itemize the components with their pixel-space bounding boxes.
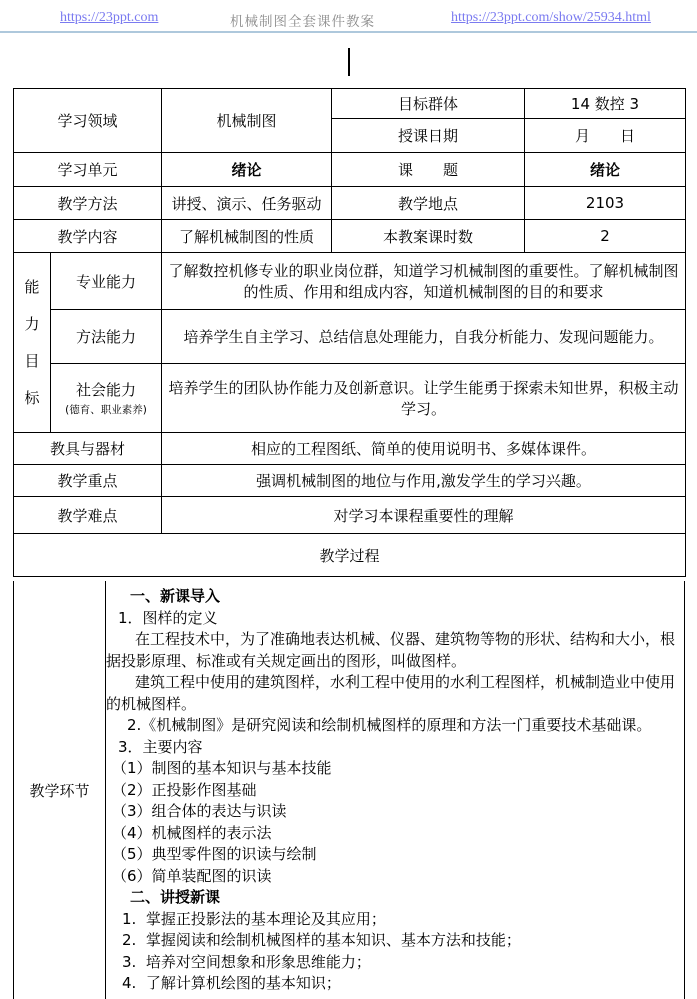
field-teaching-date-label: 授课日期 [332, 119, 525, 153]
ability-row-sublabel: (德育、职业素养) [55, 402, 157, 417]
steps-text-line: 1．图样的定义 [106, 608, 684, 630]
field-tools-label: 教具与器材 [14, 433, 162, 465]
field-difficulty-value: 对学习本课程重要性的理解 [162, 497, 686, 534]
lesson-plan-table: 学习领域 机械制图 目标群体 14 数控 3 授课日期 月 日 学习单元 绪论 … [13, 88, 686, 577]
teaching-steps-row: 教学环节 一、新课导入1．图样的定义在工程技术中，为了准确地表达机械、仪器、建筑… [13, 581, 685, 999]
steps-text-line: 3. 培养对空间想象和形象思维能力； [106, 952, 684, 974]
document-title: 机械制图全套课件教案 [230, 10, 375, 30]
ability-row-label: 专业能力 [51, 253, 162, 310]
steps-text-line: （2）正投影作图基础 [106, 780, 684, 802]
text-cursor [348, 48, 350, 76]
field-teaching-date-value: 月 日 [525, 119, 686, 153]
field-lesson-hours-value: 2 [525, 220, 686, 253]
field-teaching-content-label: 教学内容 [14, 220, 162, 253]
field-learning-domain-label: 学习领域 [14, 89, 162, 153]
steps-text-line: （3）组合体的表达与识读 [106, 801, 684, 823]
ability-row-text: 培养学生自主学习、总结信息处理能力，自我分析能力、发现问题能力。 [162, 310, 686, 364]
ability-row-label: 方法能力 [51, 310, 162, 364]
field-teaching-method-value: 讲授、演示、任务驱动 [162, 187, 332, 220]
steps-text-line: 2. 掌握阅读和绘制机械图样的基本知识、基本方法和技能； [106, 930, 684, 952]
page-header: https://23ppt.com 机械制图全套课件教案 https://23p… [0, 0, 697, 34]
field-focus-value: 强调机械制图的地位与作用,激发学生的学习兴趣。 [162, 465, 686, 497]
ability-row-label: 社会能力(德育、职业素养) [51, 364, 162, 433]
field-target-group-label: 目标群体 [332, 89, 525, 119]
steps-text-line: 1. 掌握正投影法的基本理论及其应用； [106, 909, 684, 931]
teaching-steps-content: 一、新课导入1．图样的定义在工程技术中，为了准确地表达机械、仪器、建筑物等物的形… [106, 581, 684, 999]
steps-text-line: 二、讲授新课 [106, 887, 684, 909]
field-learning-domain-value: 机械制图 [162, 89, 332, 153]
site-link[interactable]: https://23ppt.com [60, 10, 158, 26]
field-teaching-content-value: 了解机械制图的性质 [162, 220, 332, 253]
field-tools-value: 相应的工程图纸、简单的使用说明书、多媒体课件。 [162, 433, 686, 465]
steps-text-line: 在工程技术中，为了准确地表达机械、仪器、建筑物等物的形状、结构和大小，根据投影原… [106, 629, 684, 672]
steps-text-line: 3．主要内容 [106, 737, 684, 759]
field-lesson-hours-label: 本教案课时数 [332, 220, 525, 253]
header-divider [0, 31, 697, 33]
teaching-process-header: 教学过程 [14, 534, 686, 577]
ability-row-text: 了解数控机修专业的职业岗位群，知道学习机械制图的重要性。了解机械制图的性质、作用… [162, 253, 686, 310]
field-topic-label: 课 题 [332, 153, 525, 187]
teaching-steps-label: 教学环节 [14, 581, 106, 999]
steps-text-line: 建筑工程中使用的建筑图样，水利工程中使用的水利工程图样，机械制造业中使用的机械图… [106, 672, 684, 715]
field-difficulty-label: 教学难点 [14, 497, 162, 534]
field-focus-label: 教学重点 [14, 465, 162, 497]
field-learning-unit-value: 绪论 [162, 153, 332, 187]
field-target-group-value: 14 数控 3 [525, 89, 686, 119]
field-teaching-place-value: 2103 [525, 187, 686, 220]
steps-text-line: （5）典型零件图的识读与绘制 [106, 844, 684, 866]
steps-text-line: 2.《机械制图》是研究阅读和绘制机械图样的原理和方法一门重要技术基础课。 [106, 715, 684, 737]
steps-text-line: 4. 了解计算机绘图的基本知识； [106, 973, 684, 995]
ability-goals-side-label: 能力目标 [14, 253, 51, 433]
source-page-link[interactable]: https://23ppt.com/show/25934.html [451, 10, 651, 26]
steps-text-line: （1）制图的基本知识与基本技能 [106, 758, 684, 780]
steps-text-line: 一、新课导入 [106, 586, 684, 608]
field-teaching-place-label: 教学地点 [332, 187, 525, 220]
ability-row-text: 培养学生的团队协作能力及创新意识。让学生能勇于探索未知世界，积极主动学习。 [162, 364, 686, 433]
field-teaching-method-label: 教学方法 [14, 187, 162, 220]
steps-text-line: （6）简单装配图的识读 [106, 866, 684, 888]
field-learning-unit-label: 学习单元 [14, 153, 162, 187]
field-topic-value: 绪论 [525, 153, 686, 187]
steps-text-line: （4）机械图样的表示法 [106, 823, 684, 845]
